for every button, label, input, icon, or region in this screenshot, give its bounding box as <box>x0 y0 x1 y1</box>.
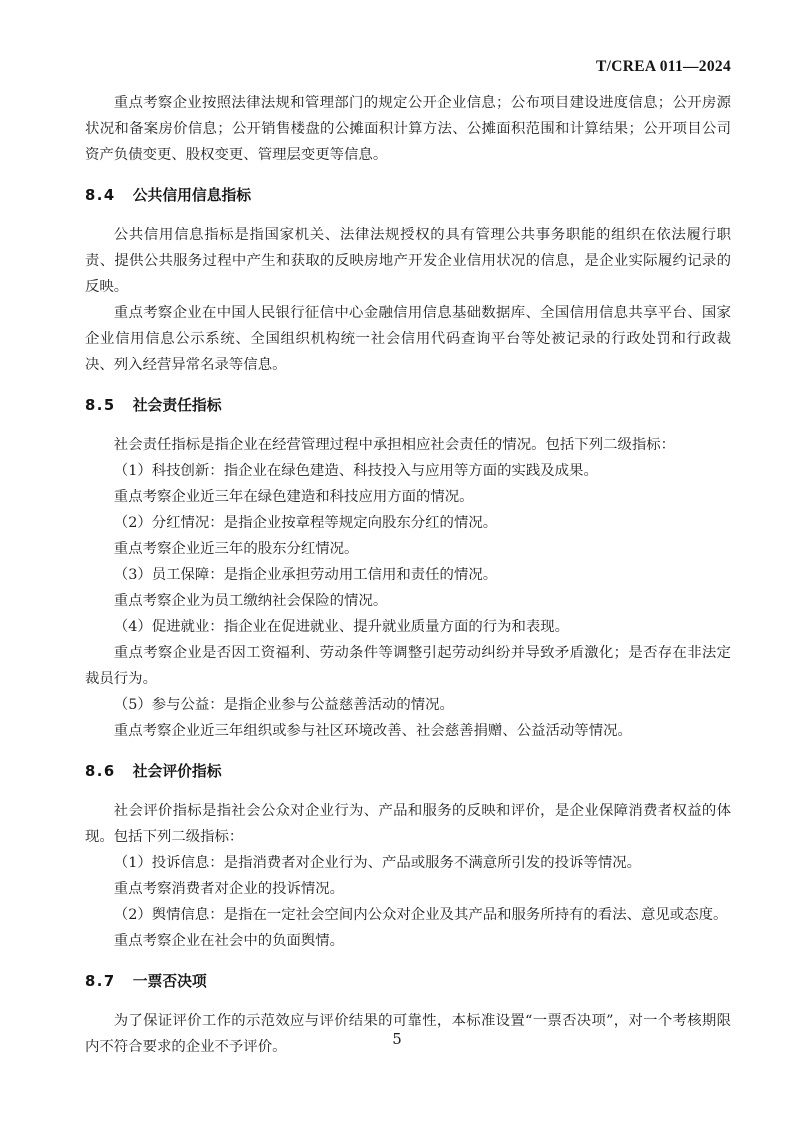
paragraph: 重点考察企业在社会中的负面舆情。 <box>85 928 731 954</box>
paragraph: （1）投诉信息：是指消费者对企业行为、产品或服务不满意所引发的投诉等情况。 <box>85 850 731 876</box>
section-heading: 8.5社会责任指标 <box>85 393 731 419</box>
paragraph: （2）舆情信息：是指在一定社会空间内公众对企业及其产品和服务所持有的看法、意见或… <box>85 902 731 928</box>
paragraph: 重点考察企业近三年的股东分红情况。 <box>85 536 731 562</box>
page-footer: 5 <box>0 1030 794 1048</box>
paragraph: 重点考察企业按照法律法规和管理部门的规定公开企业信息；公布项目建设进度信息；公开… <box>85 90 731 168</box>
section-heading: 8.4公共信用信息指标 <box>85 183 731 209</box>
section-number: 8.7 <box>85 973 116 990</box>
section-number: 8.4 <box>85 187 116 204</box>
section-title: 社会评价指标 <box>133 763 222 780</box>
document-number: T/CREA 011—2024 <box>596 58 731 75</box>
section-title: 一票否决项 <box>133 973 207 990</box>
paragraph: 重点考察企业近三年组织或参与社区环境改善、社会慈善捐赠、公益活动等情况。 <box>85 718 731 744</box>
document-body: 重点考察企业按照法律法规和管理部门的规定公开企业信息；公布项目建设进度信息；公开… <box>85 90 731 1060</box>
page-number: 5 <box>392 1030 402 1048</box>
section-heading: 8.6社会评价指标 <box>85 759 731 785</box>
section-heading: 8.7一票否决项 <box>85 969 731 995</box>
paragraph: （1）科技创新：指企业在绿色建造、科技投入与应用等方面的实践及成果。 <box>85 458 731 484</box>
paragraph: 重点考察消费者对企业的投诉情况。 <box>85 876 731 902</box>
section-title: 社会责任指标 <box>133 397 222 414</box>
paragraph: （4）促进就业：指企业在促进就业、提升就业质量方面的行为和表现。 <box>85 614 731 640</box>
paragraph: 重点考察企业是否因工资福利、劳动条件等调整引起劳动纠纷并导致矛盾激化；是否存在非… <box>85 640 731 692</box>
paragraph: 公共信用信息指标是指国家机关、法律法规授权的具有管理公共事务职能的组织在依法履行… <box>85 222 731 300</box>
paragraph: 社会评价指标是指社会公众对企业行为、产品和服务的反映和评价，是企业保障消费者权益… <box>85 798 731 850</box>
paragraph: （5）参与公益：是指企业参与公益慈善活动的情况。 <box>85 692 731 718</box>
paragraph: 重点考察企业为员工缴纳社会保险的情况。 <box>85 588 731 614</box>
paragraph: （2）分红情况：是指企业按章程等规定向股东分红的情况。 <box>85 510 731 536</box>
paragraph: （3）员工保障：是指企业承担劳动用工信用和责任的情况。 <box>85 562 731 588</box>
document-page: T/CREA 011—2024 重点考察企业按照法律法规和管理部门的规定公开企业… <box>0 0 794 1123</box>
paragraph: 重点考察企业近三年在绿色建造和科技应用方面的情况。 <box>85 484 731 510</box>
section-title: 公共信用信息指标 <box>133 187 251 204</box>
page-header: T/CREA 011—2024 <box>85 58 731 76</box>
paragraph: 重点考察企业在中国人民银行征信中心金融信用信息基础数据库、全国信用信息共享平台、… <box>85 300 731 378</box>
section-number: 8.5 <box>85 397 116 414</box>
paragraph: 社会责任指标是指企业在经营管理过程中承担相应社会责任的情况。包括下列二级指标： <box>85 432 731 458</box>
section-number: 8.6 <box>85 763 116 780</box>
